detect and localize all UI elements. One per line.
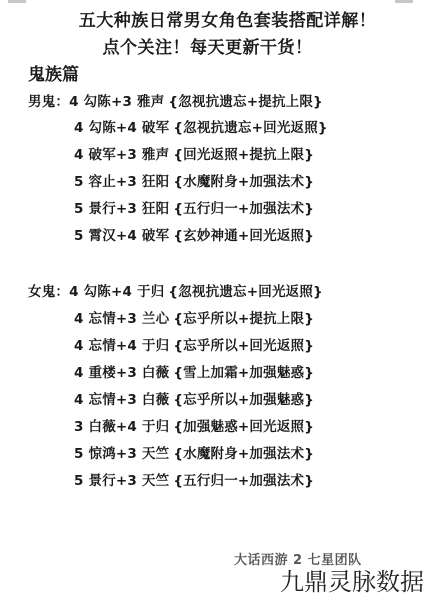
set-combo: 5 霄汉+4 破军 — [74, 224, 169, 244]
set-combo: 4 忘情+3 白薇 — [74, 388, 169, 408]
section-title: 鬼族篇 — [28, 60, 79, 85]
male-row: 4 勾陈+4 破军{忽视抗遗忘+回光返照} — [74, 116, 328, 136]
set-combo: 4 勾陈+4 破军 — [74, 116, 169, 136]
female-row: 女鬼：4 勾陈+4 于归{忽视抗遗忘+回光返照} — [28, 280, 323, 300]
set-combo: 5 惊鸿+3 天竺 — [74, 442, 169, 462]
set-skills: {雪上加霜+加强魅惑} — [173, 361, 314, 381]
set-skills: {忘乎所以+回光返照} — [173, 334, 314, 354]
female-label: 女鬼： — [28, 280, 69, 300]
set-skills: {玄妙神通+回光返照} — [173, 224, 314, 244]
set-combo: 4 破军+3 雅声 — [74, 143, 169, 163]
set-skills: {加强魅惑+回光返照} — [173, 415, 314, 435]
male-label: 男鬼： — [28, 90, 69, 110]
female-row: 5 惊鸿+3 天竺{水魔附身+加强法术} — [74, 442, 314, 462]
set-combo: 3 白薇+4 于归 — [74, 415, 169, 435]
page-title: 五大种族日常男女角色套装搭配详解！ — [10, 6, 435, 31]
female-row: 5 景行+3 天竺{五行归一+加强法术} — [74, 469, 314, 489]
set-skills: {忽视抗遗忘+回光返照} — [168, 280, 322, 300]
female-row: 4 忘情+3 白薇{忘乎所以+加强魅惑} — [74, 388, 314, 408]
set-skills: {五行归一+加强法术} — [173, 197, 314, 217]
set-combo: 4 勾陈+3 雅声 — [69, 90, 164, 110]
top-right-edge-mark — [395, 0, 413, 3]
set-skills: {忽视抗遗忘+提抗上限} — [168, 90, 322, 110]
watermark: 九鼎灵脉数据 — [280, 562, 424, 597]
set-combo: 5 景行+3 天竺 — [74, 469, 169, 489]
set-skills: {回光返照+提抗上限} — [173, 143, 314, 163]
set-skills: {忽视抗遗忘+回光返照} — [173, 116, 327, 136]
page-subtitle: 点个关注！每天更新干货！ — [0, 33, 425, 58]
set-combo: 4 忘情+4 于归 — [74, 334, 169, 354]
female-row: 3 白薇+4 于归{加强魅惑+回光返照} — [74, 415, 314, 435]
female-row: 4 重楼+3 白薇{雪上加霜+加强魅惑} — [74, 361, 314, 381]
male-row: 5 霄汉+4 破军{玄妙神通+回光返照} — [74, 224, 314, 244]
female-row: 4 忘情+4 于归{忘乎所以+回光返照} — [74, 334, 314, 354]
set-combo: 4 忘情+3 兰心 — [74, 307, 169, 327]
male-row: 男鬼：4 勾陈+3 雅声{忽视抗遗忘+提抗上限} — [28, 90, 323, 110]
male-row: 4 破军+3 雅声{回光返照+提抗上限} — [74, 143, 314, 163]
male-row: 5 容止+3 狂阳{水魔附身+加强法术} — [74, 170, 314, 190]
male-row: 5 景行+3 狂阳{五行归一+加强法术} — [74, 197, 314, 217]
set-combo: 5 容止+3 狂阳 — [74, 170, 169, 190]
set-skills: {五行归一+加强法术} — [173, 469, 314, 489]
set-skills: {水魔附身+加强法术} — [173, 170, 314, 190]
set-combo: 5 景行+3 狂阳 — [74, 197, 169, 217]
set-combo: 4 勾陈+4 于归 — [69, 280, 164, 300]
female-row: 4 忘情+3 兰心{忘乎所以+提抗上限} — [74, 307, 314, 327]
top-left-edge-mark — [8, 0, 26, 3]
set-skills: {水魔附身+加强法术} — [173, 442, 314, 462]
set-skills: {忘乎所以+加强魅惑} — [173, 388, 314, 408]
set-combo: 4 重楼+3 白薇 — [74, 361, 169, 381]
set-skills: {忘乎所以+提抗上限} — [173, 307, 314, 327]
